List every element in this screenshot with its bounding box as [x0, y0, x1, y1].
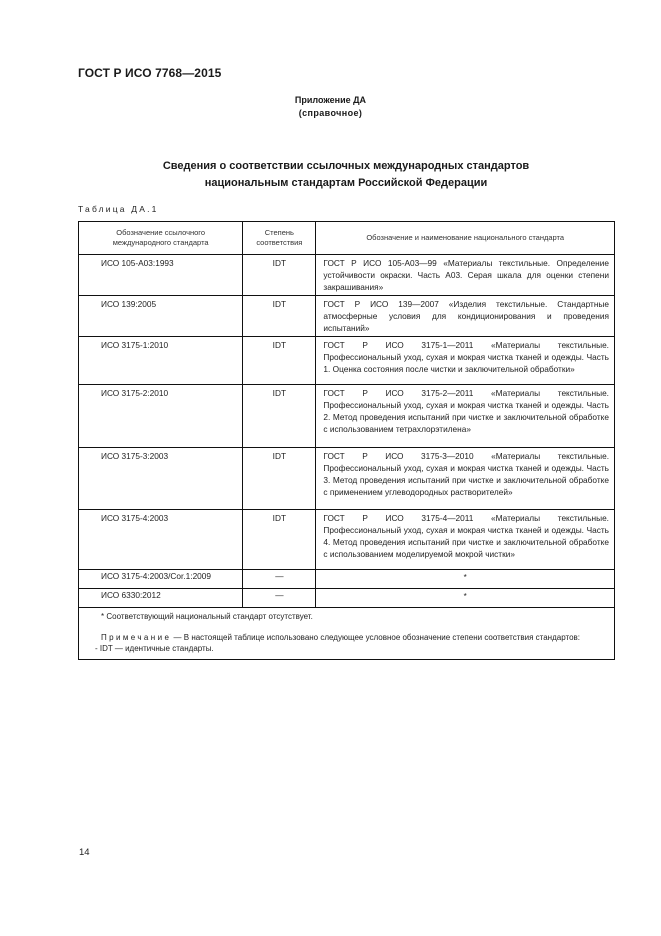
annex-subtitle: (справочное) — [0, 107, 661, 120]
note-label: Примечание — [101, 633, 171, 642]
table-row: ИСО 3175-3:2003 IDT ГОСТ Р ИСО 3175-3—20… — [79, 448, 615, 510]
degree-cell: IDT — [243, 296, 316, 337]
table-row: ИСО 3175-4:2003/Cor.1:2009 — * — [79, 570, 615, 589]
degree-cell: IDT — [243, 510, 316, 570]
degree-cell: IDT — [243, 337, 316, 385]
footnote: * Соответствующий национальный стандарт … — [87, 611, 608, 623]
header-degree: Степень соответствия — [243, 222, 316, 255]
table-row: ИСО 105-А03:1993 IDT ГОСТ Р ИСО 105-А03—… — [79, 255, 615, 296]
national-standard-cell: ГОСТ Р ИСО 3175-3—2010 «Материалы тексти… — [316, 448, 615, 510]
correspondence-table: Обозначение ссылочного международного ст… — [78, 221, 615, 660]
section-title: Сведения о соответствии ссылочных междун… — [0, 158, 661, 192]
table-notes: * Соответствующий национальный стандарт … — [79, 608, 615, 660]
section-title-line-1: Сведения о соответствии ссылочных междун… — [0, 158, 661, 175]
note: Примечание — В настоящей таблице использ… — [87, 632, 608, 644]
table-row: ИСО 6330:2012 — * — [79, 589, 615, 608]
document-code: ГОСТ Р ИСО 7768—2015 — [78, 66, 221, 80]
degree-cell: IDT — [243, 448, 316, 510]
national-standard-cell: * — [316, 570, 615, 589]
national-standard-cell: * — [316, 589, 615, 608]
page-number: 14 — [79, 847, 90, 858]
national-standard-cell: ГОСТ Р ИСО 3175-4—2011 «Материалы тексти… — [316, 510, 615, 570]
annex-heading: Приложение ДА (справочное) — [0, 94, 661, 120]
note-item: - IDT — идентичные стандарты. — [87, 643, 608, 655]
intl-standard-cell: ИСО 105-А03:1993 — [79, 255, 243, 296]
table-row: ИСО 3175-4:2003 IDT ГОСТ Р ИСО 3175-4—20… — [79, 510, 615, 570]
annex-title: Приложение ДА — [0, 94, 661, 107]
intl-standard-cell: ИСО 3175-3:2003 — [79, 448, 243, 510]
national-standard-cell: ГОСТ Р ИСО 139—2007 «Изделия текстильные… — [316, 296, 615, 337]
intl-standard-cell: ИСО 3175-4:2003/Cor.1:2009 — [79, 570, 243, 589]
national-standard-cell: ГОСТ Р ИСО 105-А03—99 «Материалы текстил… — [316, 255, 615, 296]
intl-standard-cell: ИСО 3175-2:2010 — [79, 385, 243, 448]
header-national-standard: Обозначение и наименование национального… — [316, 222, 615, 255]
table-row: ИСО 3175-1:2010 IDT ГОСТ Р ИСО 3175-1—20… — [79, 337, 615, 385]
table-notes-row: * Соответствующий национальный стандарт … — [79, 608, 615, 660]
national-standard-cell: ГОСТ Р ИСО 3175-2—2011 «Материалы тексти… — [316, 385, 615, 448]
header-international-standard: Обозначение ссылочного международного ст… — [79, 222, 243, 255]
intl-standard-cell: ИСО 3175-1:2010 — [79, 337, 243, 385]
degree-cell: IDT — [243, 385, 316, 448]
table-row: ИСО 139:2005 IDT ГОСТ Р ИСО 139—2007 «Из… — [79, 296, 615, 337]
table-row: ИСО 3175-2:2010 IDT ГОСТ Р ИСО 3175-2—20… — [79, 385, 615, 448]
intl-standard-cell: ИСО 139:2005 — [79, 296, 243, 337]
intl-standard-cell: ИСО 6330:2012 — [79, 589, 243, 608]
national-standard-cell: ГОСТ Р ИСО 3175-1—2011 «Материалы тексти… — [316, 337, 615, 385]
section-title-line-2: национальным стандартам Российской Федер… — [0, 175, 661, 192]
degree-cell: — — [243, 570, 316, 589]
table-label: Таблица ДА.1 — [78, 204, 159, 214]
intl-standard-cell: ИСО 3175-4:2003 — [79, 510, 243, 570]
degree-cell: IDT — [243, 255, 316, 296]
table-header-row: Обозначение ссылочного международного ст… — [79, 222, 615, 255]
degree-cell: — — [243, 589, 316, 608]
note-text: — В настоящей таблице использовано следу… — [171, 633, 580, 642]
